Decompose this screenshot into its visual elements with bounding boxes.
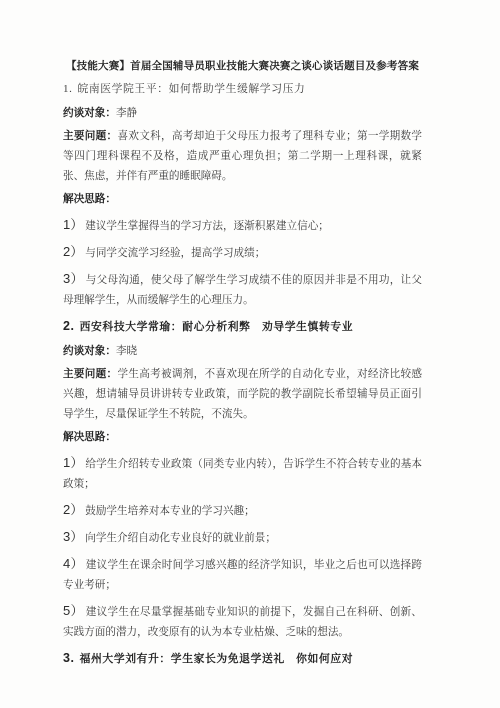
question-2-title: 西安科技大学常瑜：耐心分析利弊 劝导学生慎转专业 <box>80 321 354 333</box>
solution-text: 给学生介绍转专业政策（同类专业内转），告诉学生不符合转专业的基本政策； <box>63 459 422 490</box>
solution-number: 3） <box>63 271 84 286</box>
interviewee-name: 李晓 <box>116 346 137 357</box>
question-1-solutions-heading: 解决思路： <box>63 189 422 210</box>
solution-number: 2） <box>63 244 83 259</box>
document-page: 【技能大赛】首届全国辅导员职业技能大赛决赛之谈心谈话题目及参考答案 1.皖南医学… <box>0 0 500 708</box>
solution-number: 2） <box>63 502 83 517</box>
problem-text: 学生高考被调剂，不喜欢现在所学的自动化专业，对经济比较感兴趣，想请辅导员讲讲转专… <box>63 369 422 420</box>
solution-number: 3） <box>63 529 83 544</box>
question-1-title: 皖南医学院王平：如何帮助学生缓解学习压力 <box>77 83 305 95</box>
question-section-2: 2.西安科技大学常瑜：耐心分析利弊 劝导学生慎转专业 约谈对象：李晓 主要问题：… <box>63 317 422 643</box>
solution-item: 1）给学生介绍转专业政策（同类专业内转），告诉学生不符合转专业的基本政策； <box>63 453 422 495</box>
problem-label: 主要问题： <box>63 130 117 142</box>
question-1-problem-line: 主要问题：喜欢文科，高考却迫于父母压力报考了理科专业；第一学期数学等四门理科课程… <box>63 126 422 187</box>
solution-number: 4） <box>63 556 84 571</box>
interviewee-label: 约谈对象： <box>63 107 116 119</box>
question-section-3: 3.福州大学刘有升：学生家长为免退学送礼 你如何应对 <box>63 649 422 668</box>
solution-item: 4）建议学生在课余时间学习感兴趣的经济学知识，毕业之后也可以选择跨专业考研； <box>63 554 422 596</box>
solution-text: 建议学生在尽量掌握基础专业知识的前提下，发掘自己在科研、创新、实践方面的潜力，改… <box>63 607 422 638</box>
solution-text: 建议学生在课余时间学习感兴趣的经济学知识，毕业之后也可以选择跨专业考研； <box>63 560 422 591</box>
question-3-title: 福州大学刘有升：学生家长为免退学送礼 你如何应对 <box>80 653 354 665</box>
question-2-solutions-heading: 解决思路： <box>63 427 422 448</box>
solution-number: 1） <box>63 455 83 470</box>
solution-text: 建议学生掌握得当的学习方法，逐渐积累建立信心； <box>85 221 329 232</box>
solution-item: 3）与父母沟通，使父母了解学生学习成绩不佳的原因并非是不用功，让父母理解学生，从… <box>63 269 422 311</box>
question-2-number: 2. <box>63 317 75 335</box>
question-2-problem-line: 主要问题：学生高考被调剂，不喜欢现在所学的自动化专业，对经济比较感兴趣，想请辅导… <box>63 364 422 425</box>
solution-text: 鼓励学生培养对本专业的学习兴趣； <box>85 506 255 517</box>
question-2-interviewee-line: 约谈对象：李晓 <box>63 341 422 362</box>
solution-item: 2）鼓励学生培养对本专业的学习兴趣； <box>63 500 422 522</box>
solutions-label: 解决思路： <box>63 193 116 205</box>
question-1-interviewee-line: 约谈对象：李静 <box>63 103 422 124</box>
solution-number: 1） <box>63 217 83 232</box>
question-section-1: 1.皖南医学院王平：如何帮助学生缓解学习压力 约谈对象：李静 主要问题：喜欢文科… <box>63 80 422 311</box>
problem-label: 主要问题： <box>63 368 117 380</box>
question-2-heading: 2.西安科技大学常瑜：耐心分析利弊 劝导学生慎转专业 <box>63 317 422 336</box>
document-title: 【技能大赛】首届全国辅导员职业技能大赛决赛之谈心谈话题目及参考答案 <box>63 58 422 74</box>
solution-text: 与同学交流学习经验，提高学习成绩； <box>85 248 265 259</box>
question-3-number: 3. <box>63 649 75 667</box>
question-1-number: 1. <box>63 80 72 98</box>
question-3-heading: 3.福州大学刘有升：学生家长为免退学送礼 你如何应对 <box>63 649 422 668</box>
solution-item: 1）建议学生掌握得当的学习方法，逐渐积累建立信心； <box>63 215 422 237</box>
interviewee-name: 李静 <box>116 108 137 119</box>
question-1-heading: 1.皖南医学院王平：如何帮助学生缓解学习压力 <box>63 80 422 98</box>
solution-text: 向学生介绍自动化专业良好的就业前景； <box>85 533 276 544</box>
solution-item: 5）建议学生在尽量掌握基础专业知识的前提下，发掘自己在科研、创新、实践方面的潜力… <box>63 601 422 643</box>
interviewee-label: 约谈对象： <box>63 345 116 357</box>
solution-number: 5） <box>63 603 84 618</box>
solution-text: 与父母沟通，使父母了解学生学习成绩不佳的原因并非是不用功，让父母理解学生，从而缓… <box>63 275 422 306</box>
solution-item: 2）与同学交流学习经验，提高学习成绩； <box>63 242 422 264</box>
problem-text: 喜欢文科，高考却迫于父母压力报考了理科专业；第一学期数学等四门理科课程不及格，造… <box>63 131 422 182</box>
solutions-label: 解决思路： <box>63 431 116 443</box>
solution-item: 3）向学生介绍自动化专业良好的就业前景； <box>63 527 422 549</box>
